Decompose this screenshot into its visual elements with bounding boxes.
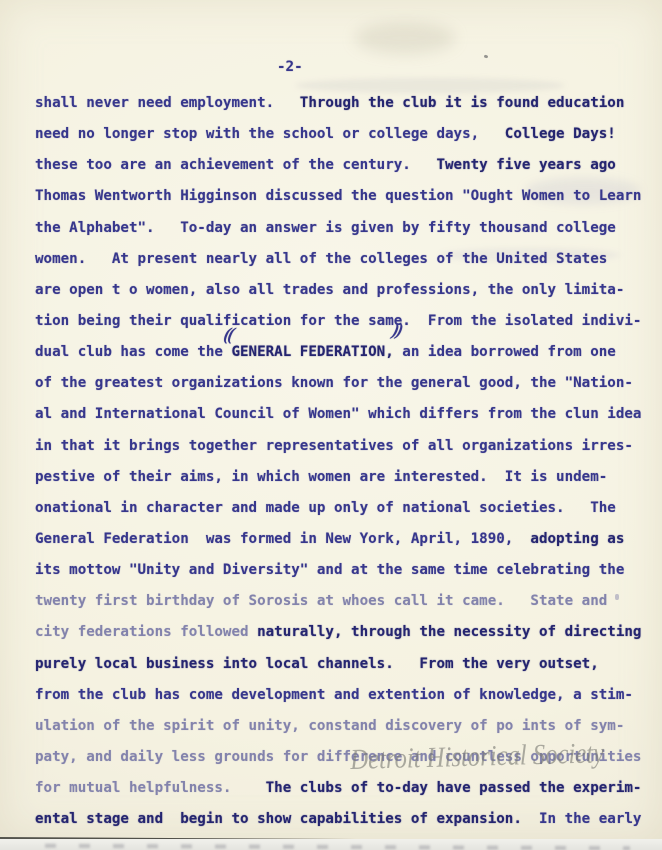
text-segment: adopting as [530, 531, 624, 547]
text-segment: an idea borrowed from one [394, 344, 616, 360]
text-segment: pestive of their aims, in which women ar… [35, 469, 607, 485]
text-segment: General Federation was formed in New Yor… [35, 531, 530, 547]
text-line: dual club has come the GENERAL FEDERATIO… [35, 337, 660, 368]
ghost-text [45, 843, 630, 850]
text-segment: in that it brings together representativ… [35, 438, 633, 454]
text-segment: In the early [539, 811, 642, 827]
text-line: Thomas Wentworth Higginson discussed the… [35, 181, 660, 212]
page-number: -2- [277, 59, 303, 75]
text-line: paty, and daily less grounds for differe… [35, 742, 660, 773]
text-line: purely local business into local channel… [35, 649, 660, 680]
text-line: onational in character and made up only … [35, 493, 660, 524]
text-line: its mottow "Unity and Diversity" and at … [35, 555, 660, 586]
text-segment: are open t o women, also all trades and … [35, 282, 624, 298]
text-segment: city federations followed [35, 624, 257, 640]
text-line: city federations followed naturally, thr… [35, 617, 660, 648]
text-line: ental stage and begin to show capabiliti… [35, 804, 660, 835]
text-segment: naturally, through the necessity of dire… [257, 624, 641, 640]
text-segment: from the club has come development and e… [35, 687, 633, 703]
text-segment: ulation of the spirit of unity, constand… [35, 718, 624, 734]
text-segment: ental stage and begin to show capabiliti… [35, 811, 539, 827]
text-line: tion being their qualification for the s… [35, 306, 660, 337]
text-segment: Through the club it is found education [300, 95, 625, 111]
text-line: the Alphabet". To-day an answer is given… [35, 213, 660, 244]
text-line: pestive of their aims, in which women ar… [35, 462, 660, 493]
text-segment: GENERAL FEDERATION, [231, 344, 393, 360]
text-segment: these too are an achievement of the cent… [35, 157, 436, 173]
text-segment: of the greatest organizations known for … [35, 375, 633, 391]
text-segment: shall never need employment. [35, 95, 300, 111]
underlying-page [0, 839, 662, 850]
text-line: for mutual helpfulness. The clubs of to-… [35, 773, 660, 804]
text-segment: paty, and daily less grounds for differe… [35, 749, 641, 765]
text-line: twenty first birthday of Sorosis at whoe… [35, 586, 660, 617]
paper-speck [484, 54, 489, 58]
text-segment: for mutual helpfulness. [35, 780, 266, 796]
text-segment: Twenty five years ago [436, 157, 615, 173]
text-segment: al and International Council of Women" w… [35, 406, 641, 422]
text-segment: The clubs of to-day have passed the expe… [266, 780, 642, 796]
scanned-page: -2- shall never need employment. Through… [0, 0, 662, 850]
text-line: from the club has come development and e… [35, 680, 660, 711]
text-segment: the Alphabet". To-day an answer is given… [35, 220, 616, 236]
text-line: al and International Council of Women" w… [35, 399, 660, 430]
text-line: these too are an achievement of the cent… [35, 150, 660, 181]
paper-sheet: -2- shall never need employment. Through… [0, 0, 662, 839]
typewritten-lines: shall never need employment. Through the… [35, 88, 660, 835]
text-line: are open t o women, also all trades and … [35, 275, 660, 306]
text-segment: women. At present nearly all of the coll… [35, 251, 607, 267]
text-segment: its mottow "Unity and Diversity" and at … [35, 562, 624, 578]
text-segment: onational in character and made up only … [35, 500, 616, 516]
text-line: of the greatest organizations known for … [35, 368, 660, 399]
text-segment: twenty first birthday of Sorosis at whoe… [35, 593, 607, 609]
paper-smudge [355, 22, 455, 54]
text-segment: dual club has come the [35, 344, 231, 360]
text-line: ulation of the spirit of unity, constand… [35, 711, 660, 742]
text-segment: purely local business into local channel… [35, 656, 599, 672]
text-line: shall never need employment. Through the… [35, 88, 660, 119]
text-line: need no longer stop with the school or c… [35, 119, 660, 150]
text-line: General Federation was formed in New Yor… [35, 524, 660, 555]
text-segment: tion being their qualification for the s… [35, 313, 641, 329]
text-segment: Thomas Wentworth Higginson discussed the… [35, 188, 641, 204]
text-segment: College Days! [505, 126, 616, 142]
text-line: in that it brings together representativ… [35, 431, 660, 462]
text-line: women. At present nearly all of the coll… [35, 244, 660, 275]
text-segment: need no longer stop with the school or c… [35, 126, 505, 142]
